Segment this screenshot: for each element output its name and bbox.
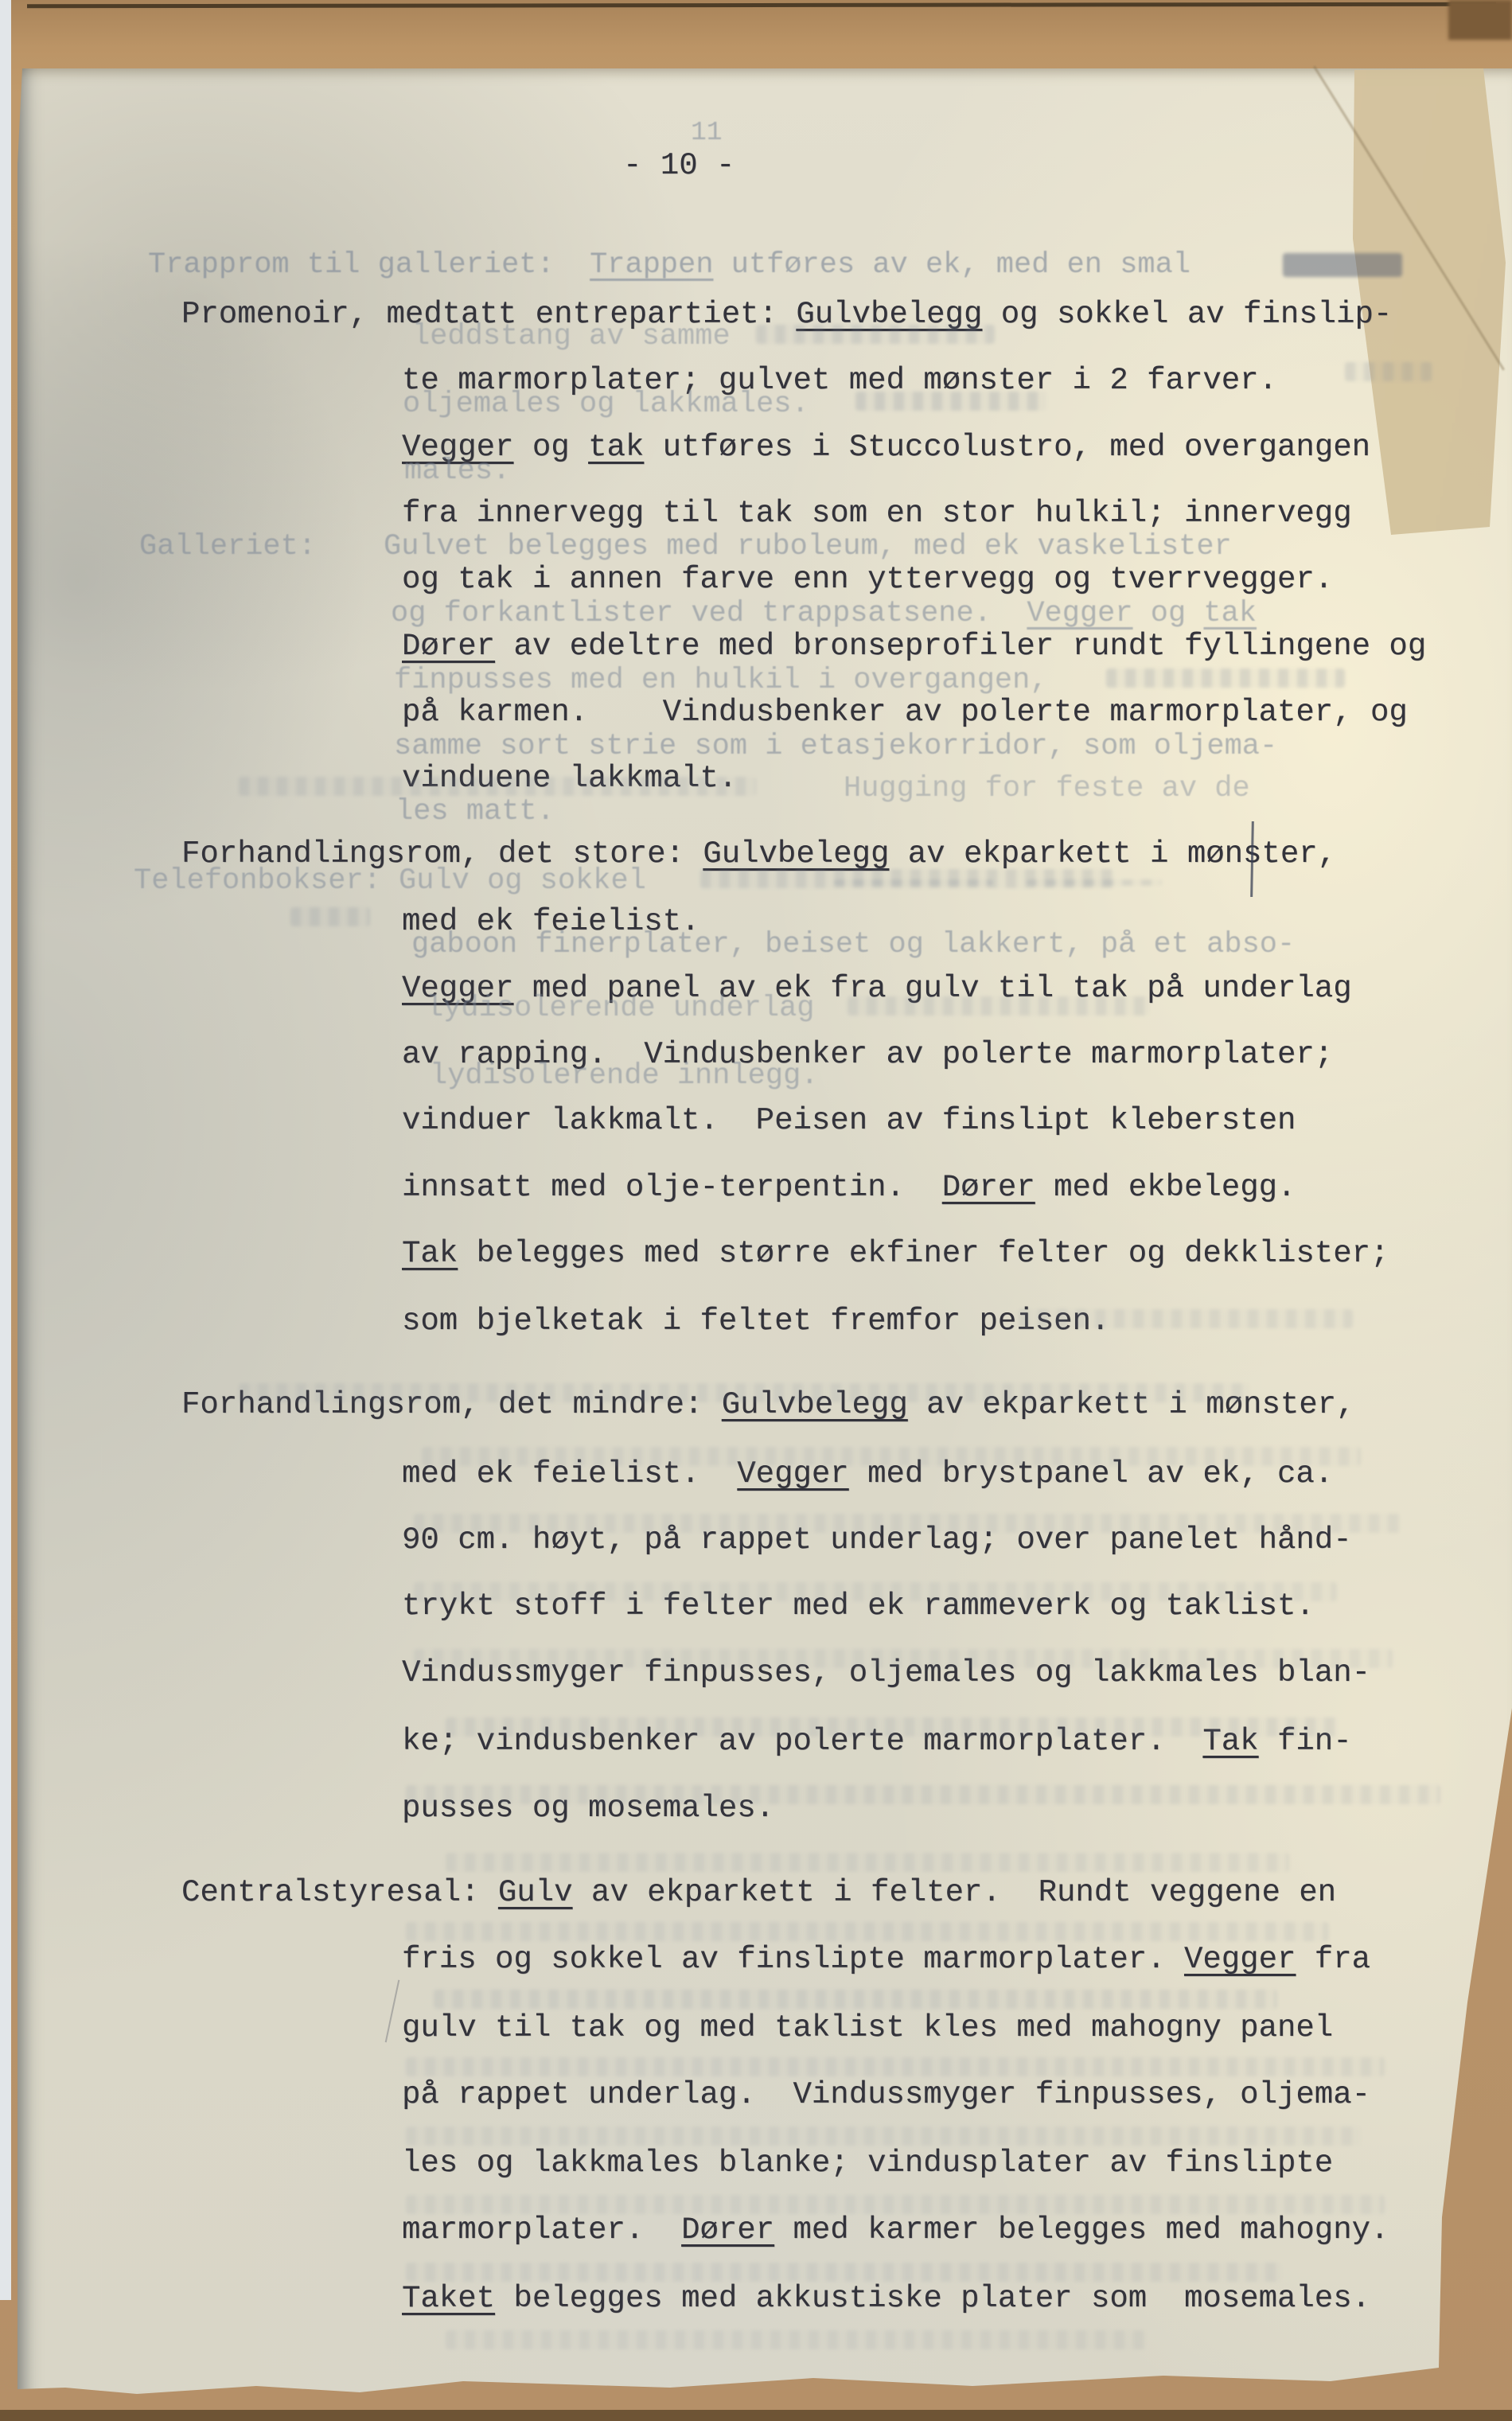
text-segment: av edeltre med bronseprofiler rundt fyll… bbox=[495, 629, 1426, 664]
document-scan: - 10 - 11 Trapprom til galleriet: Trappe… bbox=[0, 0, 1512, 2421]
text-segment: samme sort strie som i etasjekorridor, s… bbox=[394, 730, 1277, 763]
text-line: gulv til tak og med taklist kles med mah… bbox=[402, 2010, 1333, 2045]
text-segment: og sokkel av finslip- bbox=[982, 297, 1392, 332]
underlined-text: Gulv bbox=[498, 1875, 573, 1910]
bleed-through-smudge bbox=[446, 1853, 1289, 1872]
ghost-text-line: samme sort strie som i etasjekorridor, s… bbox=[394, 730, 1277, 763]
underlined-text: Dører bbox=[681, 2212, 774, 2248]
underlined-text: Dører bbox=[402, 629, 495, 664]
bleed-through-smudge bbox=[855, 392, 1046, 411]
text-segment: innsatt med olje-terpentin. bbox=[402, 1170, 942, 1205]
text-line: les og lakkmales blanke; vindusplater av… bbox=[402, 2146, 1333, 2181]
bleed-through-smudge bbox=[239, 1383, 1249, 1402]
bleed-through-smudge bbox=[1106, 669, 1345, 688]
ghost-text-line: males. bbox=[404, 454, 510, 488]
text-line: som bjelketak i feltet fremfor peisen. bbox=[402, 1304, 1109, 1339]
underlined-text: Vegger bbox=[1184, 1942, 1296, 1977]
text-segment: og tak i annen farve enn yttervegg og tv… bbox=[402, 562, 1333, 597]
ghost-text-line: Gulvet belegges med ruboleum, med ek vas… bbox=[384, 530, 1232, 563]
text-segment: Telefonbokser: Gulv og sokkel bbox=[134, 864, 646, 898]
text-segment: Centralstyresal: bbox=[181, 1875, 498, 1910]
text-segment: marmorplater. bbox=[402, 2212, 681, 2248]
text-segment: Galleriet: bbox=[139, 530, 316, 563]
text-segment: fra innervegg til tak som en stor hulkil… bbox=[402, 496, 1352, 531]
ghost-text-line: oljemales og lakkmales. bbox=[403, 388, 809, 421]
text-line: på rappet underlag. Vindussmyger finpuss… bbox=[402, 2077, 1370, 2112]
text-segment: belegges med akkustiske plater som mosem… bbox=[495, 2281, 1370, 2316]
text-segment: finpusses med en hulkil i overgangen, bbox=[394, 664, 1048, 697]
text-segment: les matt. bbox=[396, 795, 555, 828]
text-line: Taket belegges med akkustiske plater som… bbox=[402, 2281, 1370, 2316]
text-segment: gulv til tak og med taklist kles med mah… bbox=[402, 2010, 1333, 2045]
bleed-through-smudge bbox=[239, 777, 756, 796]
ghost-text-line: gaboon finerplater, beiset og lakkert, p… bbox=[411, 928, 1295, 961]
ghost-text-line: lydisolerende underlag bbox=[426, 992, 814, 1025]
text-segment: og bbox=[513, 430, 588, 465]
bleed-through-smudge bbox=[414, 1514, 1401, 1533]
text-segment: males. bbox=[404, 454, 510, 488]
text-segment: leddstang av samme bbox=[412, 320, 731, 353]
bleed-through-smudge bbox=[834, 879, 993, 886]
text-segment: vinduer lakkmalt. Peisen av finslipt kle… bbox=[402, 1103, 1296, 1138]
text-segment: fris og sokkel av finslipte marmorplater… bbox=[402, 1942, 1184, 1977]
bleed-through-smudge bbox=[414, 1582, 1337, 1601]
text-layer: - 10 - 11 Trapprom til galleriet: Trappe… bbox=[0, 0, 1512, 2421]
text-segment: av ekparkett i mønster, bbox=[889, 836, 1336, 871]
ghost-text-line: lydisolerende innlegg. bbox=[430, 1059, 818, 1093]
text-segment: fra bbox=[1296, 1942, 1370, 1977]
text-segment: gaboon finerplater, beiset og lakkert, p… bbox=[411, 928, 1295, 961]
page-number: - 10 - bbox=[623, 148, 735, 183]
text-line: innsatt med olje-terpentin. Dører med ek… bbox=[402, 1170, 1296, 1205]
underlined-text: Trappen bbox=[590, 248, 713, 282]
bleed-through-smudge bbox=[406, 2195, 1385, 2214]
text-segment: på rappet underlag. Vindussmyger finpuss… bbox=[402, 2077, 1370, 2112]
text-segment: Hugging for feste av de bbox=[844, 772, 1250, 805]
ghost-page-number: 11 bbox=[691, 118, 723, 147]
text-segment: av ekparkett i felter. Rundt veggene en bbox=[573, 1875, 1337, 1910]
underlined-text: Tak bbox=[402, 1236, 458, 1271]
text-segment: med karmer belegges med mahogny. bbox=[774, 2212, 1389, 2248]
ghost-text-line: Galleriet: bbox=[139, 530, 316, 563]
bleed-through-smudge bbox=[848, 996, 1150, 1016]
text-line: og tak i annen farve enn yttervegg og tv… bbox=[402, 562, 1333, 597]
bleed-through-smudge bbox=[406, 1922, 1329, 1941]
underlined-text: Dører bbox=[942, 1170, 1035, 1205]
ghost-text-line: Hugging for feste av de bbox=[844, 772, 1250, 805]
text-segment: les og lakkmales blanke; vindusplater av… bbox=[402, 2146, 1333, 2181]
underlined-text: Taket bbox=[402, 2281, 495, 2316]
bleed-through-smudge bbox=[434, 1990, 1277, 2009]
bleed-through-smudge bbox=[406, 2263, 1281, 2282]
bleed-through-smudge bbox=[1283, 253, 1402, 277]
text-line: Centralstyresal: Gulv av ekparkett i fel… bbox=[181, 1875, 1336, 1910]
bleed-through-smudge bbox=[1345, 362, 1432, 381]
ghost-text-line: Telefonbokser: Gulv og sokkel bbox=[134, 864, 646, 898]
text-line: Dører av edeltre med bronseprofiler rund… bbox=[402, 629, 1426, 664]
underlined-text: Vegger bbox=[1027, 597, 1132, 630]
text-line: på karmen. Vindusbenker av polerte marmo… bbox=[402, 695, 1408, 730]
underlined-text: tak bbox=[1203, 597, 1257, 630]
bleed-through-smudge bbox=[406, 2127, 1361, 2146]
text-segment: oljemales og lakkmales. bbox=[403, 388, 809, 421]
ghost-text-line: og forkantlister ved trappsatsene. Vegge… bbox=[391, 597, 1257, 630]
bleed-through-smudge bbox=[446, 1717, 1337, 1737]
text-segment: Trapprom til galleriet: bbox=[148, 248, 590, 282]
ghost-text-line: Trapprom til galleriet: Trappen utføres … bbox=[148, 248, 1191, 282]
ghost-text-line: les matt. bbox=[396, 795, 555, 828]
bleed-through-smudge bbox=[1027, 879, 1162, 886]
text-segment: på karmen. Vindusbenker av polerte marmo… bbox=[402, 695, 1408, 730]
text-segment: med ekbelegg. bbox=[1035, 1170, 1296, 1205]
text-line: fra innervegg til tak som en stor hulkil… bbox=[402, 496, 1352, 531]
text-line: fris og sokkel av finslipte marmorplater… bbox=[402, 1942, 1370, 1977]
bleed-through-smudge bbox=[290, 907, 370, 926]
text-line: Vegger og tak utføres i Stuccolustro, me… bbox=[402, 430, 1370, 465]
underlined-text: tak bbox=[588, 430, 644, 465]
bleed-through-smudge bbox=[446, 2330, 1146, 2349]
bleed-through-smudge bbox=[414, 1649, 1393, 1668]
text-segment: lydisolerende innlegg. bbox=[430, 1059, 818, 1093]
text-segment: utføres i Stuccolustro, med overgangen bbox=[644, 430, 1370, 465]
ghost-text-line: finpusses med en hulkil i overgangen, bbox=[394, 664, 1048, 697]
text-line: vinduer lakkmalt. Peisen av finslipt kle… bbox=[402, 1103, 1296, 1138]
text-line: Tak belegges med større ekfiner felter o… bbox=[402, 1236, 1389, 1271]
bleed-through-smudge bbox=[756, 325, 995, 344]
text-segment: som bjelketak i feltet fremfor peisen. bbox=[402, 1304, 1109, 1339]
pen-mark bbox=[385, 1980, 400, 2043]
text-segment: utføres av ek, med en smal bbox=[714, 248, 1191, 282]
text-segment: Gulvet belegges med ruboleum, med ek vas… bbox=[384, 530, 1232, 563]
underlined-text: Gulvbelegg bbox=[703, 836, 889, 871]
bleed-through-smudge bbox=[422, 1447, 1361, 1466]
ghost-text-line: leddstang av samme bbox=[412, 320, 731, 353]
text-segment: lydisolerende underlag bbox=[426, 992, 814, 1025]
text-line: marmorplater. Dører med karmer belegges … bbox=[402, 2212, 1389, 2248]
text-segment: og bbox=[1133, 597, 1204, 630]
bleed-through-smudge bbox=[1019, 1309, 1353, 1328]
text-segment: belegges med større ekfiner felter og de… bbox=[458, 1236, 1389, 1271]
bleed-through-smudge bbox=[406, 2057, 1385, 2076]
text-segment: og forkantlister ved trappsatsene. bbox=[391, 597, 1027, 630]
bleed-through-smudge bbox=[406, 1785, 1440, 1804]
